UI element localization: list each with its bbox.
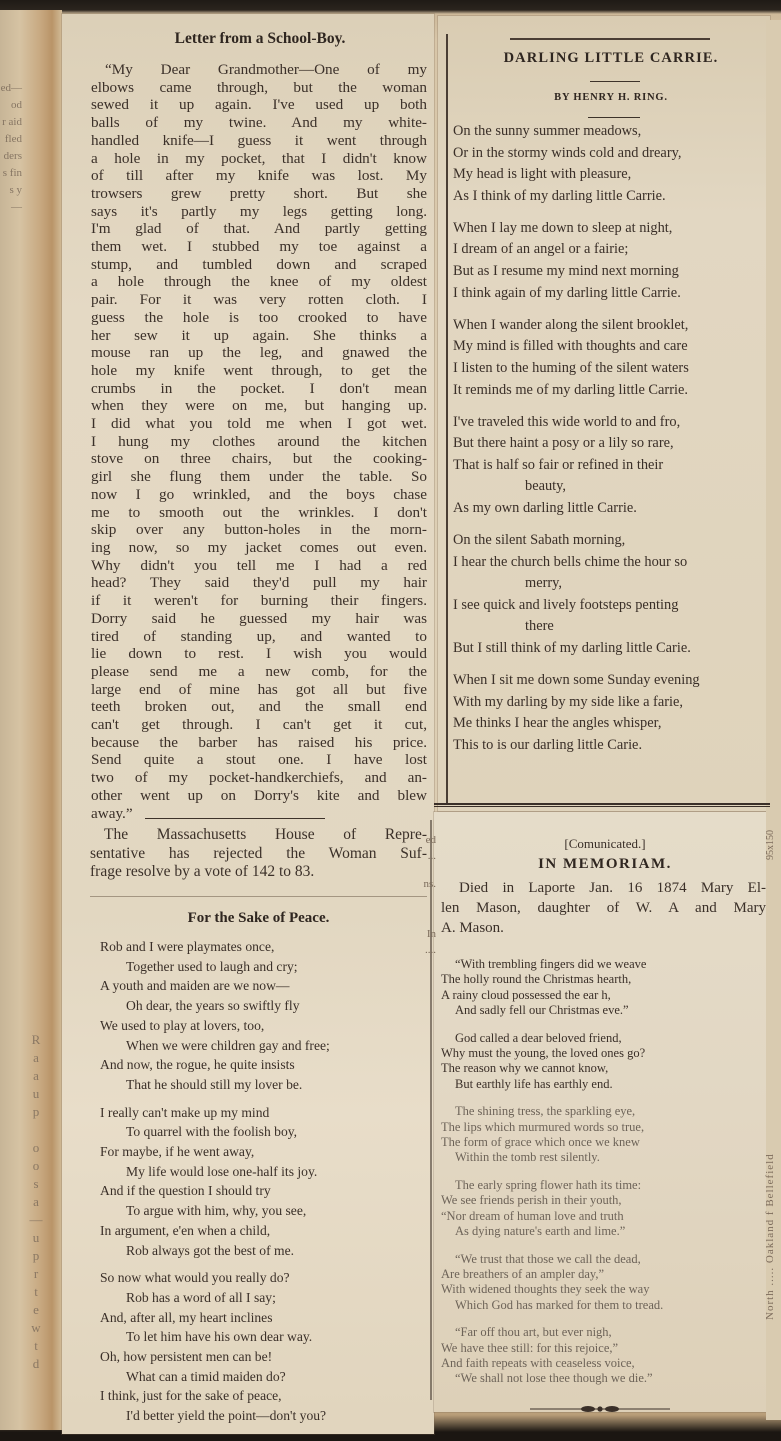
poem-line: beauty, (453, 476, 771, 498)
poem-line: And faith repeats with ceaseless voice, (441, 1356, 771, 1371)
poem-line: That he should still my lover be. (100, 1075, 420, 1095)
memoriam-intro-line: Died in Laporte Jan. 16 1874 Mary El- (441, 878, 766, 898)
poem-line: And, after all, my heart inclines (100, 1308, 420, 1328)
binding-letter: s (28, 1174, 44, 1192)
binding-letter: — (28, 1210, 44, 1228)
poem-stanza: I really can't make up my mindTo quarrel… (100, 1103, 420, 1261)
letter-line: can't get through. I can't get it cut, (91, 716, 427, 734)
poem-line: This to is our darling little Carie. (453, 735, 771, 757)
poem-line: To argue with him, why, you see, (100, 1201, 420, 1221)
letter-line: I'm glad of that. And partly getting (91, 220, 427, 238)
binding-text-fragment: ed—odr aidfledderss fins y— (0, 80, 24, 310)
letter-line: Why didn't you tell me I had a red (91, 557, 427, 575)
letter-line: other went up on Dorry's kite and blew (91, 787, 427, 805)
poem-line: My life would lose one-half its joy. (100, 1162, 420, 1182)
poem-line: We have thee still: for this rejoice,” (441, 1341, 771, 1356)
letter-line: elbows came through, but the woman (91, 79, 427, 97)
letter-line: a hole in my pocket, that I didn't know (91, 150, 427, 168)
binding-letter: o (28, 1156, 44, 1174)
letter-line: handled knife—I guess it went through (91, 132, 427, 150)
news-line: sentative has rejected the Woman Suf- (90, 845, 427, 864)
poem-line: “Far off thou art, but ever nigh, (441, 1325, 771, 1340)
poem-line: That is half so fair or refined in their (453, 455, 771, 477)
poem-line: “We shall not lose thee though we die.” (441, 1371, 771, 1386)
poem-line: I think again of my darling little Carri… (453, 283, 771, 305)
poem-stanza: The shining tress, the sparkling eye,The… (441, 1104, 771, 1166)
letter-line: crumbs in the pocket. I don't mean (91, 380, 427, 398)
letter-line: girl she flung them under the table. So (91, 468, 427, 486)
letter-line: away.” (91, 805, 427, 823)
poem-line: When I lay me down to sleep at night, (453, 218, 771, 240)
letter-line: says it's partly my legs getting long. (91, 203, 427, 221)
letter-line: her sew it up again. She thinks a (91, 327, 427, 345)
binding-letter: d (28, 1354, 44, 1372)
binding-letter: r (28, 1264, 44, 1282)
poem-line: When I sit me down some Sunday evening (453, 670, 771, 692)
binding-letter: e (28, 1300, 44, 1318)
poem-line: My head is light with pleasure, (453, 164, 771, 186)
letter-line: ing now, so my jacket comes out even. (91, 539, 427, 557)
poem-line: Or in the stormy winds cold and dreary, (453, 143, 771, 165)
poem-line: But as I resume my mind next morning (453, 261, 771, 283)
memoriam-intro-line: A. Mason. (441, 918, 766, 938)
poem-line: Why must the young, the loved ones go? (441, 1046, 771, 1061)
letter-line: tired of standing up, and wanted to (91, 628, 427, 646)
poem-line: I dream of an angel or a fairie; (453, 239, 771, 261)
letter-line: trowsers grew pretty short. But she (91, 185, 427, 203)
letter-line: please send me a new comb, for the (91, 663, 427, 681)
letter-line: mouse ran up the leg, and gnawed the (91, 344, 427, 362)
poem-stanza: God called a dear beloved friend,Why mus… (441, 1031, 771, 1093)
binding-letter: t (28, 1282, 44, 1300)
scrapbook-page: ed—odr aidfledderss fins y— Raaupoosa—up… (0, 0, 781, 1441)
poem-stanza: Rob and I were playmates once,Together u… (100, 937, 420, 1095)
poem-line: I really can't make up my mind (100, 1103, 420, 1123)
column-rule (446, 34, 448, 804)
memoriam-poem: “With trembling fingers did we weaveThe … (441, 957, 771, 1399)
poem-line: We used to play at lovers, too, (100, 1016, 420, 1036)
poem-stanza: The early spring flower hath its time:We… (441, 1178, 771, 1240)
poem-line: In argument, e'en when a child, (100, 1221, 420, 1241)
poem-line: And if the question I should try (100, 1181, 420, 1201)
letter-line: when they were on me, but hanging up. (91, 397, 427, 415)
memoriam-intro: Died in Laporte Jan. 16 1874 Mary El-len… (441, 878, 766, 938)
binding-letter: a (28, 1066, 44, 1084)
poem-line: there (453, 616, 771, 638)
poem-line: “With trembling fingers did we weave (441, 957, 771, 972)
letter-body: “My Dear Grandmother—One of myelbows cam… (91, 61, 427, 822)
letter-line: them wet. I stubbed my toe against a (91, 238, 427, 256)
poem-line: Oh dear, the years so swiftly fly (100, 996, 420, 1016)
poem-line: Within the tomb rest silently. (441, 1150, 771, 1165)
poem-line: The lips which murmured words so true, (441, 1120, 771, 1135)
memoriam-title: IN MEMORIAM. (440, 856, 770, 873)
poem-line: My mind is filled with thoughts and care (453, 336, 771, 358)
poem-line: I listen to the huming of the silent wat… (453, 358, 771, 380)
poem-line: When I wander along the silent brooklet, (453, 315, 771, 337)
letter-line: guess the hole is too crooked to have (91, 309, 427, 327)
section-rule (90, 896, 427, 897)
poem-line: Rob has a word of all I say; (100, 1288, 420, 1308)
letter-line: I did what you told me when I got wet. (91, 415, 427, 433)
binding-letter: R (28, 1030, 44, 1048)
carrie-poem-title: DARLING LITTLE CARRIE. (452, 50, 770, 67)
poem-line: The reason why we cannot know, (441, 1061, 771, 1076)
binding-letter-fragments: Raaupoosa—uprtewtd (28, 1030, 44, 1390)
poem-line: Which God has marked for them to tread. (441, 1298, 771, 1313)
section-rule (145, 818, 325, 819)
letter-line: head? They said they'd pull my hair (91, 574, 427, 592)
letter-line: of till after my knife was lost. My (91, 167, 427, 185)
carrie-poem-body: On the sunny summer meadows,Or in the st… (453, 121, 771, 767)
poem-line: And now, the rogue, he quite insists (100, 1055, 420, 1075)
letter-line: a hole through the knee of my oldest (91, 273, 427, 291)
letter-line: me to smooth out the wrinkles. I don't (91, 504, 427, 522)
communicated-label: [Comunicated.] (440, 836, 770, 852)
poem-line: merry, (453, 573, 771, 595)
poem-line: When we were children gay and free; (100, 1036, 420, 1056)
letter-line: stove on three chairs, but the cooking- (91, 450, 427, 468)
poem-line: The form of grace which once we knew (441, 1135, 771, 1150)
poem-line: For maybe, if he went away, (100, 1142, 420, 1162)
poem-line: The shining tress, the sparkling eye, (441, 1104, 771, 1119)
poem-line: To let him have his own dear way. (100, 1327, 420, 1347)
poem-stanza: When I wander along the silent brooklet,… (453, 315, 771, 401)
poem-line: But there haint a posy or a lily so rare… (453, 433, 771, 455)
poem-line: I've traveled this wide world to and fro… (453, 412, 771, 434)
letter-line: “My Dear Grandmother—One of my (91, 61, 427, 79)
poem-stanza: When I lay me down to sleep at night,I d… (453, 218, 771, 304)
poem-line: As dying nature's earth and lime.” (441, 1224, 771, 1239)
binding-letter: t (28, 1336, 44, 1354)
poem-line: I hear the church bells chime the hour s… (453, 552, 771, 574)
binding-letter: o (28, 1138, 44, 1156)
poem-line: And sadly fell our Christmas eve.” (441, 1003, 771, 1018)
letter-line: I hung my clothes around the kitchen (91, 433, 427, 451)
poem-line: A rainy cloud possessed the ear h, (441, 988, 771, 1003)
title-rule (590, 81, 640, 82)
poem-line: It reminds me of my darling little Carri… (453, 380, 771, 402)
letter-line: if it weren't for burning their fingers. (91, 592, 427, 610)
double-rule-divider (434, 803, 770, 807)
ornamental-rule (510, 38, 710, 40)
poem-line: The holly round the Christmas hearth, (441, 972, 771, 987)
poem-line: With my darling by my side like a farie, (453, 692, 771, 714)
poem-line: So now what would you really do? (100, 1268, 420, 1288)
poem-stanza: I've traveled this wide world to and fro… (453, 412, 771, 520)
letter-line: sewed it up again. I've used up both (91, 96, 427, 114)
poem-line: I'd better yield the point—don't you? (100, 1406, 420, 1426)
letter-line: because the barber has raised his price. (91, 734, 427, 752)
poem-line: Together used to laugh and cry; (100, 957, 420, 977)
poem-line: On the silent Sabath morning, (453, 530, 771, 552)
poem-line: On the sunny summer meadows, (453, 121, 771, 143)
letter-line: two of my pocket-handkerchiefs, and an- (91, 769, 427, 787)
poem-line: I see quick and lively footsteps penting (453, 595, 771, 617)
news-line: The Massachusetts House of Repre- (90, 826, 427, 845)
poem-line: We see friends perish in their youth, (441, 1193, 771, 1208)
poem-line: A youth and maiden are we now— (100, 976, 420, 996)
peace-poem-body: Rob and I were playmates once,Together u… (100, 937, 420, 1434)
poem-line: God called a dear beloved friend, (441, 1031, 771, 1046)
ornament-rule-icon (530, 1404, 670, 1414)
poem-line: Oh, how persistent men can be! (100, 1347, 420, 1367)
memoriam-intro-line: len Mason, daughter of W. A and Mary (441, 898, 766, 918)
poem-line: With widened thoughts they seek the way (441, 1282, 771, 1297)
letter-title: Letter from a School-Boy. (90, 30, 430, 48)
letter-line: now I go wrinkled, and the boys chase (91, 486, 427, 504)
letter-line: teeth broken out, and the small end (91, 698, 427, 716)
poem-line: As my own darling little Carrie. (453, 498, 771, 520)
letter-line: pair. For it was very rotten cloth. I (91, 291, 427, 309)
poem-line: Are breathers of an ampler day,” (441, 1267, 771, 1282)
suffrage-news-item: The Massachusetts House of Repre-sentati… (90, 826, 427, 882)
byline-rule (588, 117, 640, 118)
binding-letter: w (28, 1318, 44, 1336)
poem-line: Rob and I were playmates once, (100, 937, 420, 957)
letter-line: balls of my twine. And my white- (91, 114, 427, 132)
poem-line: “Nor dream of human love and truth (441, 1209, 771, 1224)
poem-stanza: On the sunny summer meadows,Or in the st… (453, 121, 771, 207)
binding-letter (28, 1120, 44, 1138)
poem-line: Rob always got the best of me. (100, 1241, 420, 1261)
poem-stanza: “Far off thou art, but ever nigh,We have… (441, 1325, 771, 1387)
letter-line: Send quite a stout one. I have lost (91, 751, 427, 769)
letter-line: large end of mine has got all but five (91, 681, 427, 699)
poem-line: “We trust that those we call the dead, (441, 1252, 771, 1267)
letter-line: skip over any button-holes in the morn- (91, 521, 427, 539)
binding-letter: u (28, 1084, 44, 1102)
poem-line: As I think of my darling little Carrie. (453, 186, 771, 208)
poem-stanza: When I sit me down some Sunday eveningWi… (453, 670, 771, 756)
letter-line: lie down to rest. I wish you would (91, 645, 427, 663)
poem-line: But I still think of my darling little C… (453, 638, 771, 660)
poem-stanza: So now what would you really do?Rob has … (100, 1268, 420, 1426)
letter-line: stump, and tumbled down and scraped (91, 256, 427, 274)
poem-line: Me thinks I hear the angles whisper, (453, 713, 771, 735)
poem-line: The early spring flower hath its time: (441, 1178, 771, 1193)
poem-line: I think, just for the sake of peace, (100, 1386, 420, 1406)
poem-stanza: “We trust that those we call the dead,Ar… (441, 1252, 771, 1314)
peace-poem-title: For the Sake of Peace. (90, 910, 427, 927)
binding-letter: p (28, 1102, 44, 1120)
binding-letter: p (28, 1246, 44, 1264)
carrie-poem-byline: BY HENRY H. RING. (452, 92, 770, 103)
binding-letter: u (28, 1228, 44, 1246)
poem-line: But earthly life has earthly end. (441, 1077, 771, 1092)
binding-letter: a (28, 1048, 44, 1066)
news-line: frage resolve by a vote of 142 to 83. (90, 863, 427, 882)
poem-line: What can a timid maiden do? (100, 1367, 420, 1387)
binding-letter: a (28, 1192, 44, 1210)
poem-line: To quarrel with the foolish boy, (100, 1122, 420, 1142)
letter-line: Dorry said he guessed my hair was (91, 610, 427, 628)
poem-stanza: “With trembling fingers did we weaveThe … (441, 957, 771, 1019)
column-rule (430, 820, 432, 1400)
poem-stanza: On the silent Sabath morning,I hear the … (453, 530, 771, 660)
letter-line: hole my knife went through, to get the (91, 362, 427, 380)
